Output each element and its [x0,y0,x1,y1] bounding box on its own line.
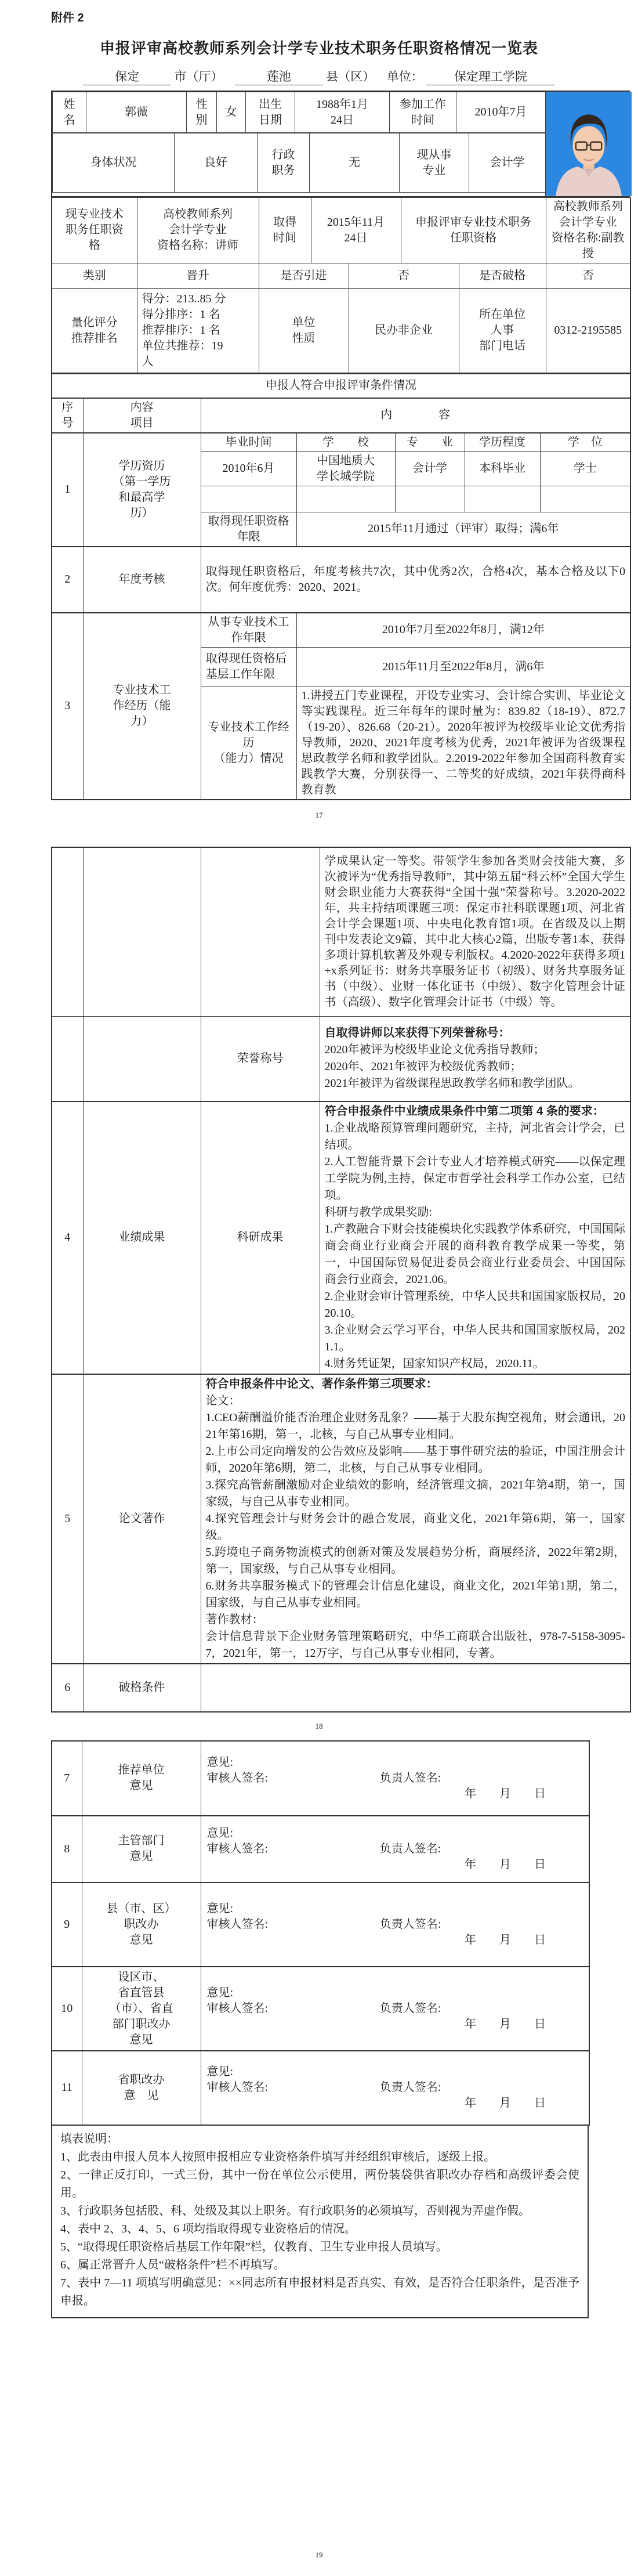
filing-county-suffix: 县（区） [326,70,375,84]
opinion-row-competent-dept: 8 主管部门 意见 意见: 审核人签名: 负责人签名: 年 月 日 [52,1816,589,1883]
s3-label: 专业技术工 作经历（能 力） [83,613,201,800]
portrait-photo-graphic [546,92,632,196]
basic-info-table: 姓 名 郭薇 性 别 女 出生 日期 1988年1月 24日 参加工作 时间 2… [51,91,630,197]
opinion8-num: 8 [52,1816,82,1883]
opinion11-date-blank: 年 月 日 [207,2096,583,2111]
name-value: 郭薇 [86,92,187,133]
s1-empty-1 [201,486,296,512]
admin-duty-label: 行政 职务 [258,133,310,193]
gender-label: 性 别 [187,92,217,133]
note-2: 2、一律正反打印，一式三份，其中一份在单位公示使用，两份装袋供省职改办存档和高级… [60,2166,579,2202]
category-label: 类别 [52,263,137,288]
rank-value: 得分：213..85 分 得分排序：1 名 推荐排序：1 名 单位共推荐：19 … [137,288,259,373]
s3-grassroots-label: 取得现任资格后 基层工作年限 [201,647,296,687]
s1-major: 会计学 [395,451,465,486]
current-title-value: 高校教师系列 会计学专业 资格名称：讲师 [137,197,259,263]
s4-num: 4 [52,1101,83,1374]
opinion8-leader-label: 负责人签名: [380,1841,441,1857]
honor-seq-empty [52,1017,83,1101]
page-number-17: 17 [0,811,638,820]
notes-title: 填表说明： [60,2130,579,2148]
obtain-time-value: 2015年11月 24日 [311,197,401,263]
work-start-value: 2010年7月 [456,92,546,133]
opinion9-num: 9 [52,1883,82,1967]
s3-years-label: 从事专业技术工作年限 [201,613,296,648]
s4-sublabel: 科研成果 [201,1101,320,1374]
note-7: 7、表中 7—11 项填写明确意见：××同志所有申报材料是否真实、有效，是否符合… [60,2274,579,2310]
s4-head: 符合申报条件中业绩成果条件中第二项第 4 条的要求： [325,1103,626,1120]
opinion9-leader-label: 负责人签名: [380,1917,441,1932]
opinion8-comment-label: 意见: [207,1826,583,1841]
name-label: 姓 名 [53,92,86,133]
birth-value: 1988年1月 24日 [295,92,390,133]
opinion11-comment-label: 意见: [207,2064,583,2080]
opinion11-reviewer-label: 审核人签名: [207,2080,380,2096]
filing-city: 保定 [83,67,171,85]
s1-school: 中国地质大 学长城学院 [296,451,395,486]
conditions-banner: 申报人符合申报评审条件情况 [52,374,630,398]
s1-tenure-label: 取得现任职资格年限 [201,512,296,547]
opinion-row-city-office: 10 设区市、 省直管县 （市）、省直 部门职改办 意见 意见: 审核人签名: … [52,1967,589,2051]
opinion-row-recommending-unit: 7 推荐单位 意见 意见: 审核人签名: 负责人签名: 年 月 日 [52,1741,589,1816]
opinion10-num: 10 [52,1967,82,2051]
conditions-table-page18: 学成果认定一等奖。带领学生参加各类财会技能大赛，多次被评为“优秀指导教师”，其中… [51,847,631,1712]
current-major-value: 会计学 [469,133,546,193]
filing-city-suffix: 市（厅） [174,70,223,84]
hr-phone-value: 0312-2195585 [546,288,630,373]
conditions-table-page17: 申报人符合申报评审条件情况 序 号 内容 项目 内 容 1 学历资历 （第一学历… [51,374,631,800]
unit-nature-label: 单位 性质 [259,288,349,373]
s3cont-seq-empty [52,847,83,1017]
exception-label: 是否破格 [459,263,546,288]
opinion-row-province-office: 11 省职改办 意 见 意见: 审核人签名: 负责人签名: 年 月 日 [52,2051,589,2125]
document: 附件 2 申报评审高校教师系列会计学专业技术职务任职资格情况一览表 保定 市（厅… [0,0,638,2576]
apply-title-value: 高校教师系列 会计学专业 资格名称:副教授 [546,197,630,263]
s1-degree-level: 本科毕业 [465,451,540,486]
page-number-19: 19 [0,2550,638,2576]
honor-head: 自取得讲师以来获得下列荣誉称号： [325,1025,626,1042]
obtain-time-label: 取得 时间 [259,197,311,263]
opinion11-num: 11 [52,2051,82,2125]
s1-col-grad-time: 毕业时间 [201,433,296,452]
note-6: 6、属正常晋升人员“破格条件”栏不再填写。 [60,2256,579,2274]
category-value: 晋升 [137,263,259,288]
opinion7-reviewer-label: 审核人签名: [207,1771,380,1786]
health-value: 良好 [175,133,258,193]
gender-value: 女 [217,92,246,133]
current-title-label: 现专业技术 职务任职资 格 [52,197,137,263]
rank-label: 量化评分 推荐排名 [52,288,137,373]
s1-empty-3 [395,486,465,512]
import-label: 是否引进 [259,263,349,288]
item-header: 内容 项目 [83,398,201,433]
attachment-label: 附件 2 [51,8,638,25]
s1-empty-5 [540,486,630,512]
honor-label: 荣誉称号 [201,1017,320,1101]
s1-grad-time: 2010年6月 [201,451,296,486]
basic-info-rows3-5: 现专业技术 职务任职资 格 高校教师系列 会计学专业 资格名称：讲师 取得 时间… [51,197,631,374]
s1-tenure-value: 2015年11月通过（评审）取得；满6年 [296,512,630,547]
s1-label: 学历资历 （第一学历 和最高学 历） [83,433,201,547]
opinion11-leader-label: 负责人签名: [380,2080,441,2096]
opinion8-label: 主管部门 意见 [82,1816,201,1883]
opinion7-label: 推荐单位 意见 [82,1741,201,1816]
s2-label: 年度考核 [83,547,201,613]
birth-label: 出生 日期 [246,92,295,133]
admin-duty-value: 无 [310,133,400,193]
opinion7-num: 7 [52,1741,82,1816]
opinion10-label: 设区市、 省直管县 （市）、省直 部门职改办 意见 [82,1967,201,2051]
s1-col-school: 学 校 [296,433,395,452]
s3-years-value: 2010年7月至2022年8月，满12年 [296,613,630,648]
s3cont-sublabel-empty [201,847,320,1017]
s3-num: 3 [52,613,83,800]
opinion10-comment-label: 意见: [207,1985,583,2001]
opinion11-label: 省职改办 意 见 [82,2051,201,2125]
s6-label: 破格条件 [83,1664,201,1712]
s2-num: 2 [52,547,83,613]
exception-value: 否 [546,263,630,288]
content-header: 内 容 [201,398,630,433]
unit-nature-value: 民办非企业 [349,288,459,373]
opinion7-date-blank: 年 月 日 [207,1786,583,1802]
basic-info-row2: 身体状况 良好 行政 职务 无 现从事 专业 会计学 [52,133,546,193]
s1-empty-4 [465,486,540,512]
note-3: 3、行政职务包括股、科、处级及其以上职务。有行政职务的必须填写，否则视为弄虚作假… [60,2202,579,2220]
s2-content: 取得现任职资格后，年度考核共7次，其中优秀2次，合格4次，基本合格及以下0次。何… [201,547,630,613]
s1-col-degree-level: 学历程度 [465,433,540,452]
s5-head: 符合申报条件中论文、著作条件第三项要求： [206,1376,626,1393]
s5-num: 5 [52,1374,83,1664]
s1-num: 1 [52,433,83,547]
opinion7-leader-label: 负责人签名: [380,1771,441,1786]
filing-county: 莲池 [235,67,323,85]
opinion9-date-blank: 年 月 日 [207,1932,583,1948]
opinion-row-county-office: 9 县（市、区） 职改办 意见 意见: 审核人签名: 负责人签名: 年 月 日 [52,1883,589,1967]
note-5: 5、“取得现任职资格后基层工作年限”栏，仅教育、卫生专业申报人员填写。 [60,2238,579,2256]
filing-unit-label: 单位： [387,70,423,84]
s1-degree: 学士 [540,451,630,486]
opinion9-label: 县（市、区） 职改办 意见 [82,1883,201,1967]
s3cont-item-empty [83,847,201,1017]
s3-grassroots-value: 2015年11月至2022年8月，满6年 [296,647,630,687]
s1-col-degree: 学 位 [540,433,630,452]
s4-label: 业绩成果 [83,1101,201,1374]
opinion8-reviewer-label: 审核人签名: [207,1841,380,1857]
filing-line: 保定 市（厅） 莲池 县（区） 单位： 保定理工学院 [0,67,638,86]
opinions-table: 7 推荐单位 意见 意见: 审核人签名: 负责人签名: 年 月 日 8 主管部门… [51,1740,590,2126]
import-value: 否 [349,263,459,288]
page-number-18: 18 [0,1722,638,1731]
honor-item-empty [83,1017,201,1101]
filling-notes: 填表说明： 1、此表由申报人员本人按照申报相应专业资格条件填写并经组织审核后，逐… [51,2126,589,2318]
opinion10-leader-label: 负责人签名: [380,2001,441,2017]
basic-info-row1: 姓 名 郭薇 性 别 女 出生 日期 1988年1月 24日 参加工作 时间 2… [52,92,546,133]
s3-ability-continued: 学成果认定一等奖。带领学生参加各类财会技能大赛，多次被评为“优秀指导教师”，其中… [320,847,630,1017]
honor-body: 2020年被评为校级毕业论文优秀指导教师； 2020年、2021年被评为校级优秀… [325,1042,626,1092]
hr-phone-label: 所在单位 人事 部门电话 [459,288,546,373]
filing-unit: 保定理工学院 [426,67,555,85]
s6-num: 6 [52,1664,83,1712]
s5-body: 论文： 1.CEO薪酬溢价能否治理企业财务乱象？——基于大股东掏空视角，财会通讯… [206,1393,626,1662]
health-label: 身体状况 [53,133,175,193]
opinion7-comment-label: 意见: [207,1755,583,1771]
s1-col-major: 专 业 [395,433,465,452]
s1-empty-2 [296,486,395,512]
form-title: 申报评审高校教师系列会计学专业技术职务任职资格情况一览表 [0,37,638,58]
s4-body: 1.企业战略预算管理问题研究，主持，河北省会计学会，已结项。 2.人工智能背景下… [325,1120,626,1372]
opinion10-date-blank: 年 月 日 [207,2017,583,2032]
s3-ability-value: 1.讲授五门专业课程，开设专业实习、会计综合实训、毕业论文等实践课程。近三年每年… [296,687,630,800]
seq-header: 序 号 [52,398,83,433]
work-start-label: 参加工作 时间 [390,92,456,133]
opinion9-comment-label: 意见: [207,1901,583,1917]
s3-ability-label: 专业技术工作经历 （能力）情况 [201,687,296,800]
note-1: 1、此表由申报人员本人按照申报相应专业资格条件填写并经组织审核后，逐级上报。 [60,2148,579,2166]
opinion8-date-blank: 年 月 日 [207,1857,583,1873]
s5-label: 论文著作 [83,1374,201,1664]
apply-title-label: 申报评审专业技术职务 任职资格 [401,197,546,263]
s6-content [201,1664,630,1712]
current-major-label: 现从事 专业 [400,133,469,193]
opinion9-reviewer-label: 审核人签名: [207,1917,380,1932]
applicant-photo [545,92,632,196]
note-4: 4、表中 2、3、4、5、6 项均指取得现专业资格后的情况。 [60,2220,579,2238]
opinion10-reviewer-label: 审核人签名: [207,2001,380,2017]
